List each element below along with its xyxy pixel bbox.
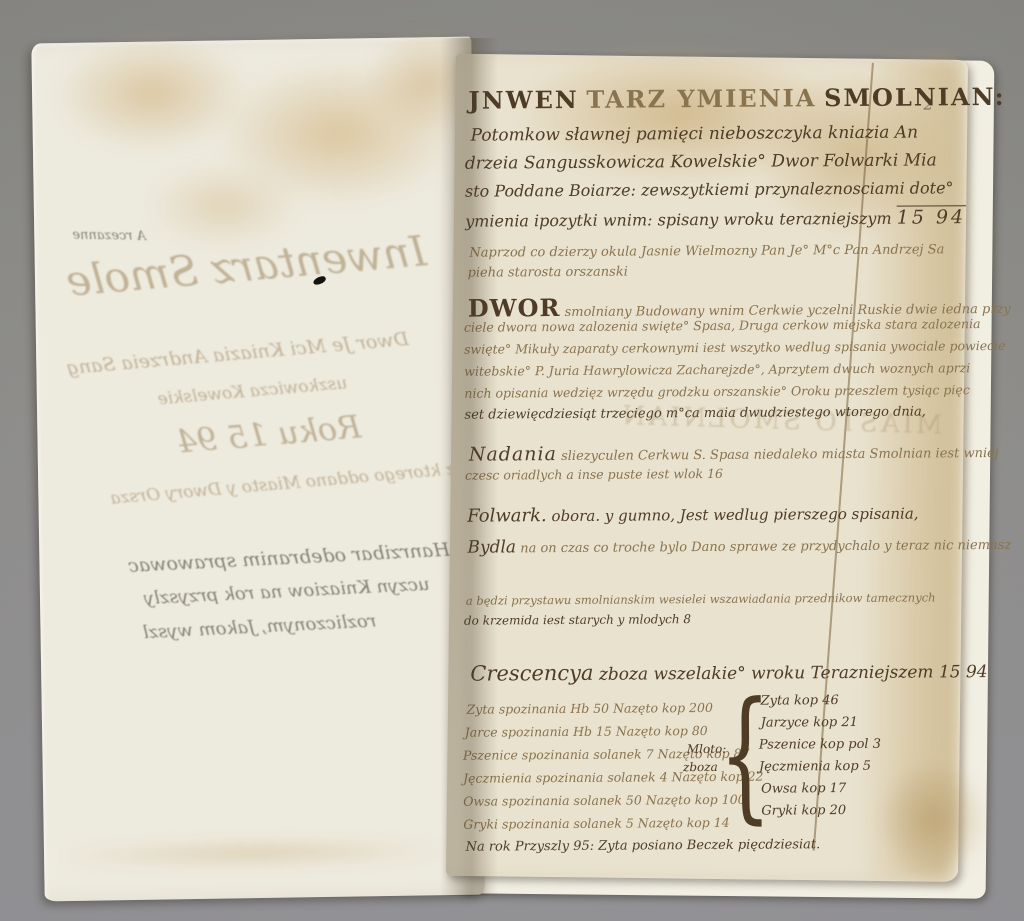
bleedthrough-note-block: Hanrzibar odebranim sprawowac uczyn Knia… — [67, 530, 473, 670]
year-value: 15 94 — [897, 206, 967, 228]
intro-line: ymienia ipozytki wnim: spisany wroku ter… — [465, 206, 966, 231]
crop-row: Jarce spozinania Hb 15 Nazęto kop 80 — [465, 723, 708, 740]
crop-summary-row: Jarzyce kop 21 — [761, 715, 858, 731]
folwark-heading: Folwark. — [467, 505, 547, 527]
note-line: a będzi przystawu smolnianskim wesielei … — [466, 590, 936, 607]
bleedthrough-line: uczyn Kniaziow na rok przyszly — [143, 574, 430, 609]
crescencya-text: zboza wszelakie° wroku Terazniejszem 15 … — [599, 662, 988, 685]
note-line: do krzemida iest starych y mlodych 8 — [464, 612, 691, 628]
crop-summary-row: Jęczmienia kop 5 — [759, 759, 871, 775]
crop-row: Zyta spozinania Hb 50 Nazęto kop 200 — [467, 700, 713, 717]
title-part-dark: JNWEN — [468, 85, 579, 115]
water-stain — [64, 837, 444, 869]
bleedthrough-title-block: Inwentarz Smole Dwor Je Mci Kniazia Andr… — [65, 214, 479, 546]
crescencya-heading: Crescencya — [470, 661, 593, 686]
bleedthrough-line: Roku 15 94 — [175, 407, 363, 461]
dwor-line: set dziewięcdziesiąt trzeciego m°ca maia… — [464, 404, 925, 422]
right-page: 2 MIASTO SMOLNIAN JNWEN TARZ YMIENIA SMO… — [446, 54, 968, 882]
crop-summary-row: Owsa kop 17 — [761, 781, 846, 797]
crop-summary-row: Zyta kop 46 — [760, 693, 838, 709]
intro-line-text: ymienia ipozytki wnim: spisany wroku ter… — [465, 209, 892, 231]
dwor-line: ciele dwora nowa zalozenia swięte° Spasa… — [464, 316, 981, 335]
intro-line: sto Poddane Boiarze: zewszytkiemi przyna… — [465, 178, 954, 200]
nadania-line: czesc oriadlych a inse puste iest wlok 1… — [465, 466, 723, 483]
nadania-heading: Nadania — [469, 443, 557, 466]
crop-row: Owsa spozinania solanek 50 Nazęto kop 10… — [463, 792, 745, 809]
title-part-faded: TARZ YMIENIA — [586, 83, 816, 114]
nadania-line: Nadania sliezyculen Cerkwu S. Spasa nied… — [469, 440, 999, 466]
left-page: A rcezanne Inwentarz Smole Dwor Je Mci K… — [31, 37, 484, 902]
bleedthrough-line: rozliczonym, Jakom wyszl — [142, 610, 376, 643]
bleedthrough-line: Hanrzibar odebranim sprawowac — [128, 539, 451, 577]
crop-summary-row: Gryki kop 20 — [761, 803, 846, 819]
bleedthrough-line: uszkowicza Kowelskie — [157, 373, 348, 409]
dwor-line: witebskie° P. Juria Hawrylowicza Zachare… — [464, 360, 970, 379]
title-line: JNWEN TARZ YMIENIA SMOLNIAN: — [468, 82, 1005, 115]
text-layer: JNWEN TARZ YMIENIA SMOLNIAN: Potomkow sł… — [456, 50, 974, 876]
bleedthrough-line: z ktorego oddano Miasto y Dwory Orsza — [110, 459, 456, 508]
crop-footer: Na rok Przyszly 95: Zyta posiano Beczek … — [465, 837, 820, 854]
intro-line: drzeia Sangusskowicza Kowelskie° Dwor Fo… — [465, 150, 937, 173]
bracket-label: zboza — [683, 760, 718, 774]
nadania-line-text: sliezyculen Cerkwu S. Spasa niedaleko mi… — [561, 446, 999, 464]
bydla-line: Bydla na on czas co troche bylo Dano spr… — [467, 534, 1011, 558]
crop-row: Gryki spozinania solanek 5 Nazęto kop 14 — [463, 815, 729, 832]
crop-summary-row: Pszenice kop pol 3 — [759, 737, 881, 753]
dwor-line: nich opisania wedzięz wrzędu grodzku ors… — [464, 382, 970, 401]
intro-line: Potomkow sławnej pamięci nieboszczyka kn… — [471, 123, 919, 146]
water-stain — [212, 57, 464, 211]
naprzod-line: Naprzod co dzierzy okula Jasnie Wielmozn… — [469, 242, 944, 260]
water-stain — [51, 32, 253, 155]
folwark-line: Folwark. obora. y gumno, Jest wedlug pie… — [467, 503, 918, 527]
bleedthrough-line: Dwor Je Mci Kniazia Andrzeia Sang — [66, 328, 410, 379]
title-part-dark: SMOLNIAN: — [824, 82, 1006, 112]
bydla-text: na on czas co troche bylo Dano sprawe ze… — [520, 538, 1011, 556]
dwor-line: swięte° Mikuły zaparaty cerkownymi iest … — [464, 338, 1006, 357]
folwark-text: obora. y gumno, Jest wedlug pierszego sp… — [551, 505, 918, 526]
bydla-heading: Bydla — [467, 537, 516, 557]
photo-background: A rcezanne Inwentarz Smole Dwor Je Mci K… — [0, 0, 1024, 921]
naprzod-line: pieha starosta orszanski — [467, 265, 627, 281]
